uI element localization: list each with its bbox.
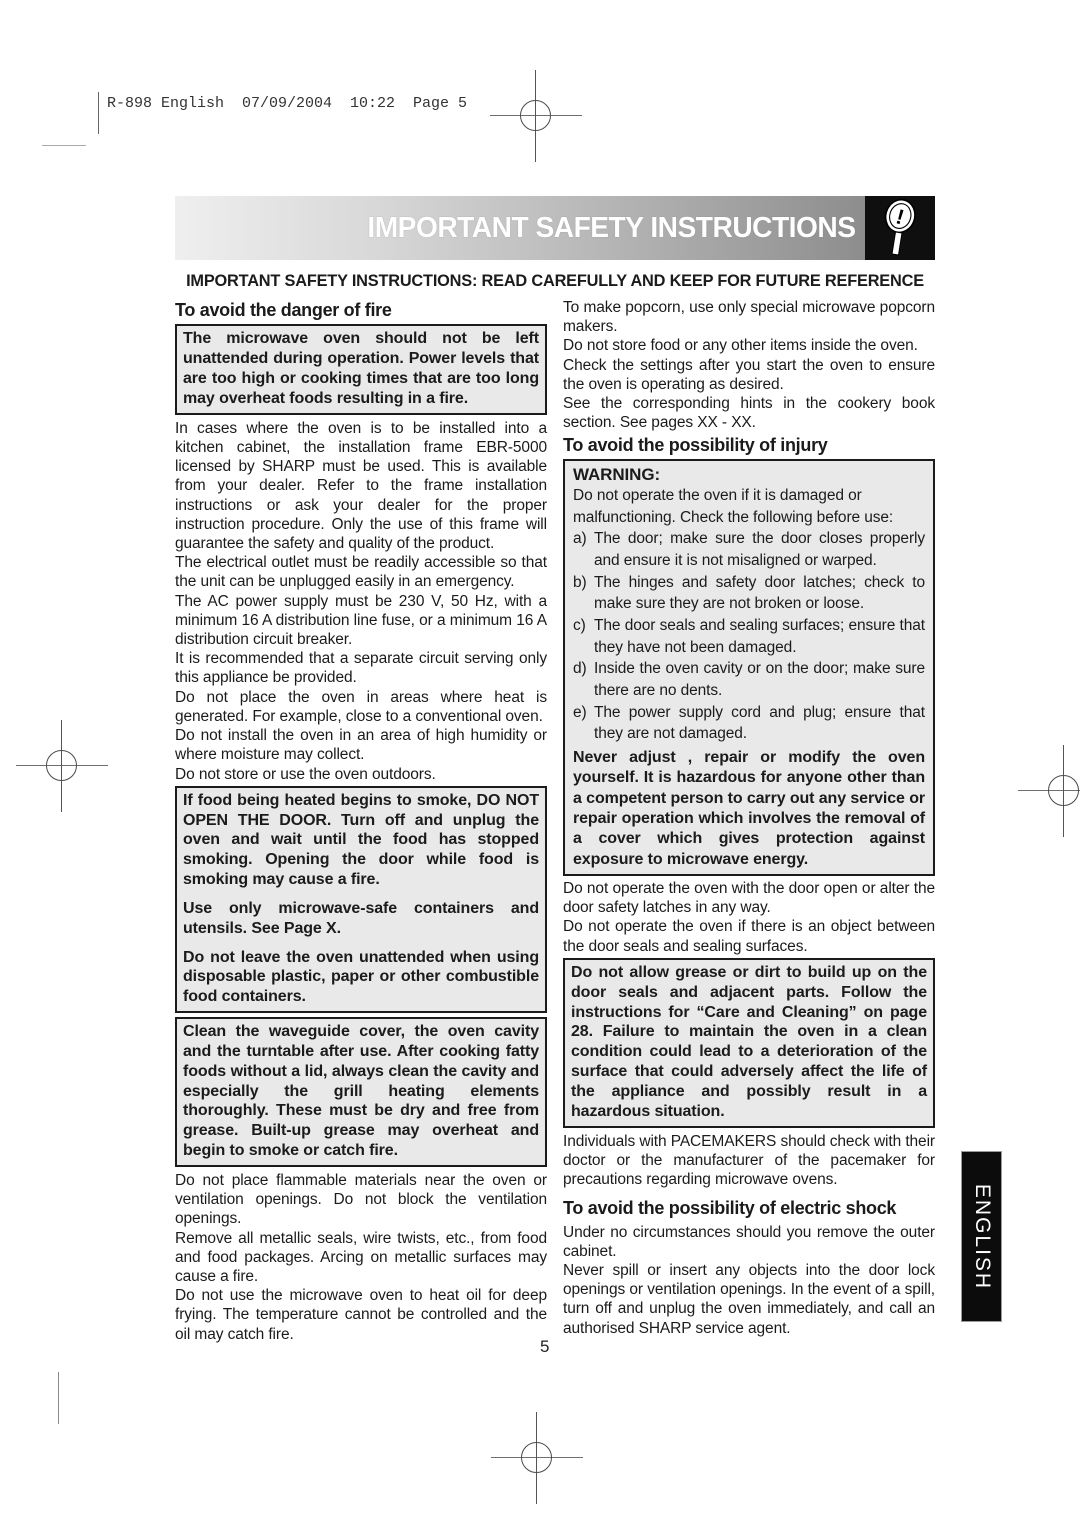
page-number: 5: [540, 1337, 549, 1357]
warning-text: Do not allow grease or dirt to build up …: [571, 963, 927, 1122]
heading-avoid-fire: To avoid the danger of fire: [175, 299, 547, 321]
warning-text: The microwave oven should not be left un…: [183, 329, 539, 408]
intro-heading: IMPORTANT SAFETY INSTRUCTIONS: READ CARE…: [162, 272, 948, 291]
warning-text: If food being heated begins to smoke, DO…: [183, 791, 539, 890]
print-slug: R-898 English 07/09/2004 10:22 Page 5: [107, 95, 467, 112]
list-item-label: a): [573, 528, 594, 550]
paragraph: Do not place flammable materials near th…: [175, 1171, 547, 1229]
language-tab-english: ENGLISH: [962, 1152, 1001, 1321]
paragraph: Do not install the oven in an area of hi…: [175, 726, 547, 764]
warning-list-item: d)Inside the oven cavity or on the door;…: [573, 658, 925, 701]
paragraph: Do not operate the oven if there is an o…: [563, 917, 935, 955]
trim-mark: [98, 92, 99, 134]
warning-box-clean: Clean the waveguide cover, the oven cavi…: [175, 1017, 547, 1167]
paragraph: See the corresponding hints in the cooke…: [563, 394, 935, 432]
paragraph: Under no circumstances should you remove…: [563, 1223, 935, 1261]
safety-icon-box: !: [865, 196, 935, 260]
trim-mark: [42, 145, 86, 146]
section-title-banner: IMPORTANT SAFETY INSTRUCTIONS: [175, 196, 865, 260]
registration-mark-icon: [16, 720, 108, 812]
paragraph: Do not operate the oven with the door op…: [563, 879, 935, 917]
list-item-text: The power supply cord and plug; ensure t…: [594, 704, 925, 743]
paragraph: Remove all metallic seals, wire twists, …: [175, 1229, 547, 1287]
list-item-text: The door; make sure the door closes prop…: [594, 530, 925, 569]
warning-list-item: e)The power supply cord and plug; ensure…: [573, 702, 925, 745]
warning-list-item: a)The door; make sure the door closes pr…: [573, 528, 925, 571]
list-item-text: The hinges and safety door latches; chec…: [594, 574, 925, 613]
warning-text: Clean the waveguide cover, the oven cavi…: [183, 1022, 539, 1161]
manual-page: R-898 English 07/09/2004 10:22 Page 5 IM…: [0, 0, 1080, 1528]
trim-mark: [58, 1372, 59, 1424]
paragraph: To make popcorn, use only special microw…: [563, 298, 935, 336]
paragraph: The electrical outlet must be readily ac…: [175, 553, 547, 591]
left-column: To avoid the danger of fire The microwav…: [175, 298, 547, 1344]
warning-box-injury: WARNING: Do not operate the oven if it i…: [563, 459, 935, 876]
warning-intro: Do not operate the oven if it is damaged…: [573, 485, 925, 528]
warning-label: WARNING:: [573, 464, 925, 485]
warning-list-item: b)The hinges and safety door latches; ch…: [573, 572, 925, 615]
paragraph: In cases where the oven is to be install…: [175, 419, 547, 554]
registration-mark-icon: [491, 1412, 583, 1504]
warning-box-grease: Do not allow grease or dirt to build up …: [563, 958, 935, 1128]
paragraph: Do not store food or any other items ins…: [563, 336, 935, 355]
registration-mark-icon: [1018, 745, 1080, 837]
warning-never-adjust: Never adjust , repair or modify the oven…: [573, 748, 925, 870]
heading-avoid-electric-shock: To avoid the possibility of electric sho…: [563, 1197, 935, 1219]
paragraph: Do not place the oven in areas where hea…: [175, 688, 547, 726]
heading-avoid-injury: To avoid the possibility of injury: [563, 434, 935, 456]
warning-box-smoke: If food being heated begins to smoke, DO…: [175, 786, 547, 1013]
warning-box-unattended: The microwave oven should not be left un…: [175, 324, 547, 414]
paragraph: Do not store or use the oven outdoors.: [175, 765, 547, 784]
list-item-label: d): [573, 658, 594, 680]
language-tab-label: ENGLISH: [970, 1183, 994, 1289]
page-title: IMPORTANT SAFETY INSTRUCTIONS: [367, 212, 865, 245]
warning-text: Use only microwave-safe containers and u…: [183, 899, 539, 939]
paragraph: Individuals with PACEMAKERS should check…: [563, 1132, 935, 1190]
paragraph: Check the settings after you start the o…: [563, 356, 935, 394]
paragraph: The AC power supply must be 230 V, 50 Hz…: [175, 592, 547, 650]
list-item-label: b): [573, 572, 594, 594]
paragraph: It is recommended that a separate circui…: [175, 649, 547, 687]
list-item-text: Inside the oven cavity or on the door; m…: [594, 660, 925, 699]
warning-text: Do not leave the oven unattended when us…: [183, 948, 539, 1007]
paragraph: Never spill or insert any objects into t…: [563, 1261, 935, 1338]
registration-mark-icon: [490, 70, 582, 162]
list-item-text: The door seals and sealing surfaces; ens…: [594, 617, 925, 656]
warning-list-item: c)The door seals and sealing surfaces; e…: [573, 615, 925, 658]
paragraph: Do not use the microwave oven to heat oi…: [175, 1286, 547, 1344]
list-item-label: e): [573, 702, 594, 724]
list-item-label: c): [573, 615, 594, 637]
right-column: To make popcorn, use only special microw…: [563, 298, 935, 1338]
magnifier-exclamation-icon: !: [877, 199, 923, 257]
